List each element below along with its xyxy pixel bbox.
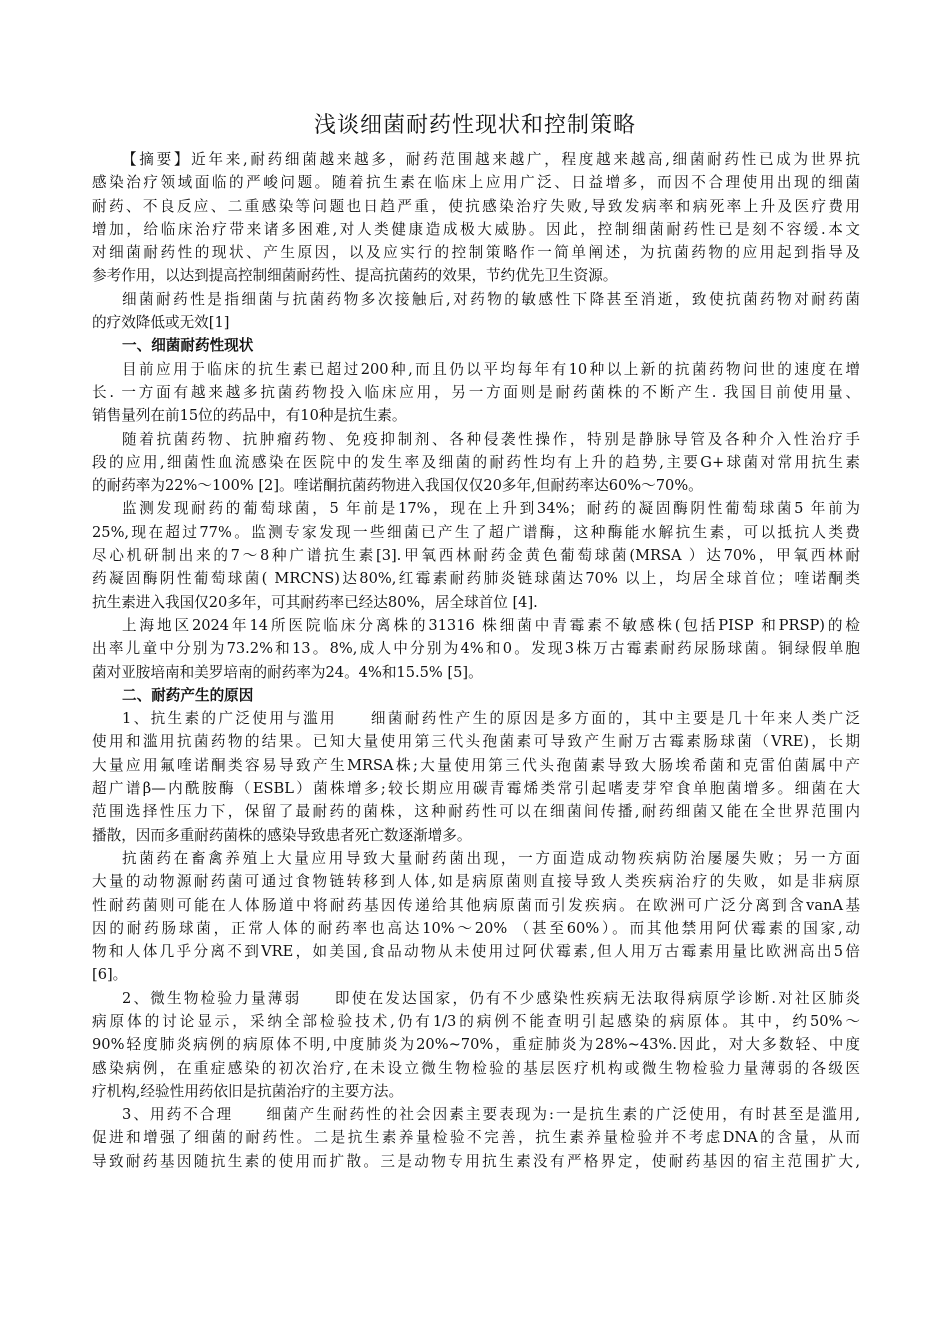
document-body: 【摘要】近年来,耐药细菌越来越多，耐药范围越来越广，程度越来越高,细菌耐药性已成…	[92, 148, 860, 1173]
text-line: 菌对亚胺培南和美罗培南的耐药率为24。4%和15.5% [5]。	[92, 661, 860, 684]
text-line: 销售量列在前15位的药品中，有10种是抗生素。	[92, 404, 860, 427]
text-line: 药凝固酶阴性葡萄球菌( MRCNS)达80%,红霉素耐药肺炎链球菌达70% 以上…	[92, 567, 860, 590]
text-line: [6]。	[92, 963, 860, 986]
text-line: 目前应用于临床的抗生素已超过200种,而且仍以平均每年有10种以上新的抗菌药物问…	[92, 358, 860, 381]
text-line: 3、用药不合理 细菌产生耐药性的社会因素主要表现为:一是抗生素的广泛使用，有时甚…	[92, 1103, 860, 1126]
text-line: 1、抗生素的广泛使用与滥用 细菌耐药性产生的原因是多方面的，其中主要是几十年来人…	[92, 707, 860, 730]
text-line: 2、微生物检验力量薄弱 即使在发达国家，仍有不少感染性疾病无法取得病原学诊断.对…	[92, 987, 860, 1010]
text-line: 长. 一方面有越来越多抗菌药物投入临床应用，另一方面则是耐药菌株的不断产生. 我…	[92, 381, 860, 404]
text-line: 增加，给临床治疗带来诸多困难,对人类健康造成极大威胁。因此，控制细菌耐药性已是刻…	[92, 218, 860, 241]
text-line: 抗菌药在畜禽养殖上大量应用导致大量耐药菌出现，一方面造成动物疾病防治屡屡失败；另…	[92, 847, 860, 870]
text-line: 物和人体几乎分离不到VRE，如美国,食品动物从未使用过阿伏霉素,但人用万古霉素用…	[92, 940, 860, 963]
text-line: 对细菌耐药性的现状、产生原因，以及应实行的控制策略作一简单阐述，为抗菌药物的应用…	[92, 241, 860, 264]
text-line: 使用和滥用抗菌药物的结果。已知大量使用第三代头孢菌素可导致产生耐万古霉素肠球菌（…	[92, 730, 860, 753]
text-line: 感染病例，在重症感染的初次治疗,在未设立微生物检验的基层医疗机构或微生物检验力量…	[92, 1057, 860, 1080]
text-line: 细菌耐药性是指细菌与抗菌药物多次接触后,对药物的敏感性下降甚至消逝，致使抗菌药物…	[92, 288, 860, 311]
text-line: 【摘要】近年来,耐药细菌越来越多，耐药范围越来越广，程度越来越高,细菌耐药性已成…	[92, 148, 860, 171]
text-line: 尽心机研制出来的7～8种广谱抗生素[3].甲氧西林耐药金黄色葡萄球菌(MRSA …	[92, 544, 860, 567]
text-line: 大量应用氟喹诺酮类容易导致产生MRSA株;大量使用第三代头孢菌素导致大肠埃希菌和…	[92, 754, 860, 777]
section-heading: 二、耐药产生的原因	[92, 684, 860, 707]
document-title: 浅谈细菌耐药性现状和控制策略	[0, 108, 950, 139]
text-line: 25%,现在超过77%。监测专家发现一些细菌已产生了超广谱酶，这种酶能水解抗生素…	[92, 521, 860, 544]
text-line: 的疗效降低或无效[1]	[92, 311, 860, 334]
text-line: 耐药、不良反应、二重感染等问题也日趋严重，使抗感染治疗失败,导致发病率和病死率上…	[92, 195, 860, 218]
text-line: 因的耐药肠球菌，正常人体的耐药率也高达10%～20% （甚至60%）。而其他禁用…	[92, 917, 860, 940]
text-line: 超广谱β—内酰胺酶（ESBL）菌株增多;较长期应用碳青霉烯类常引起嗜麦芽窄食单胞…	[92, 777, 860, 800]
text-line: 参考作用，以达到提高控制细菌耐药性、提高抗菌药的效果，节约优先卫生资源。	[92, 264, 860, 287]
text-line: 大量的动物源耐药菌可通过食物链转移到人体,如是病原菌则直接导致人类疾病治疗的失败…	[92, 870, 860, 893]
text-line: 疗机构,经验性用药依旧是抗菌治疗的主要方法。	[92, 1080, 860, 1103]
text-line: 上海地区2024年14所医院临床分离株的31316 株细菌中青霉素不敏感株(包括…	[92, 614, 860, 637]
text-line: 出率儿童中分别为73.2%和13。8%,成人中分别为4%和0。发现3株万古霉素耐…	[92, 637, 860, 660]
section-heading: 一、细菌耐药性现状	[92, 334, 860, 357]
text-line: 监测发现耐药的葡萄球菌，5 年前是17%，现在上升到34%；耐药的凝固酶阴性葡萄…	[92, 497, 860, 520]
text-line: 促进和增强了细菌的耐药性。二是抗生素养量检验不完善，抗生素养量检验并不考虑DNA…	[92, 1126, 860, 1149]
text-line: 播散，因而多重耐药菌株的感染导致患者死亡数逐渐增多。	[92, 824, 860, 847]
text-line: 的耐药率为22%～100% [2]。喹诺酮抗菌药物进入我国仅仅20多年,但耐药率…	[92, 474, 860, 497]
text-line: 范围选择性压力下，保留了最耐药的菌株，这种耐药性可以在细菌间传播,耐药细菌又能在…	[92, 800, 860, 823]
document-page: 浅谈细菌耐药性现状和控制策略 【摘要】近年来,耐药细菌越来越多，耐药范围越来越广…	[0, 0, 950, 1344]
text-line: 导致耐药基因随抗生素的使用而扩散。三是动物专用抗生素没有严格界定，使耐药基因的宿…	[92, 1150, 860, 1173]
text-line: 性耐药菌则可能在人体肠道中将耐药基因传递给其他病原菌而引发疾病。在欧洲可广泛分离…	[92, 894, 860, 917]
text-line: 90%轻度肺炎病例的病原体不明,中度肺炎为20%~70%，重症肺炎为28%~43…	[92, 1033, 860, 1056]
text-line: 感染治疗领域面临的严峻问题。随着抗生素在临床上应用广泛、日益增多，而因不合理使用…	[92, 171, 860, 194]
text-line: 抗生素进入我国仅20多年，可其耐药率已经达80%，居全球首位 [4].	[92, 591, 860, 614]
text-line: 随着抗菌药物、抗肿瘤药物、免疫抑制剂、各种侵袭性操作，特别是静脉导管及各种介入性…	[92, 428, 860, 451]
text-line: 段的应用,细菌性血流感染在医院中的发生率及细菌的耐药性均有上升的趋势,主要G+球…	[92, 451, 860, 474]
text-line: 病原体的讨论显示，采纳全部检验技术,仍有1/3的病例不能查明引起感染的病原体。其…	[92, 1010, 860, 1033]
